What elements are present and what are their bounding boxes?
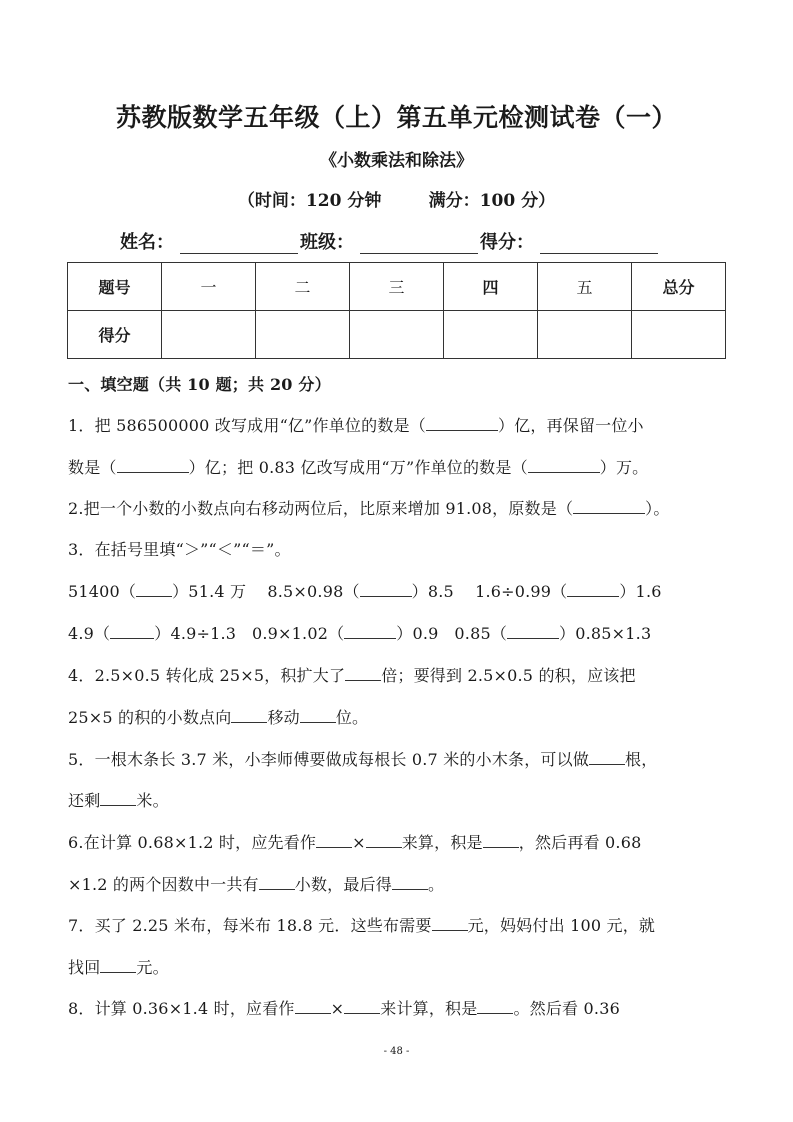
q8-blank-1[interactable]: [295, 999, 331, 1014]
score-cell-5[interactable]: [538, 311, 632, 359]
q3-r1-a-blank[interactable]: [136, 582, 172, 597]
q7-text-b: 元，妈妈付出 100 元，就: [468, 916, 656, 935]
q4-blank-2[interactable]: [231, 708, 267, 723]
q5-text-c: 还剩: [68, 791, 100, 810]
q3-r2-a-right: ）4.9÷1.3: [154, 624, 236, 643]
q4-text-c: 25×5 的积的小数点向: [68, 708, 231, 727]
name-field[interactable]: [180, 233, 298, 254]
q2-text-b: ）。: [645, 499, 669, 518]
q3-r1-b-left: 8.5×0.98（: [267, 582, 359, 601]
q7-blank-1[interactable]: [432, 916, 468, 931]
exam-subtitle: 《小数乘法和除法》: [0, 146, 793, 171]
score-cell-3[interactable]: [350, 311, 444, 359]
row-label-score: 得分: [68, 311, 162, 359]
q3-r1-c-left: 1.6÷0.99（: [475, 582, 567, 601]
q3-r2-c-right: ）0.85×1.3: [559, 624, 651, 643]
q3-r1-a-left: 51400（: [68, 582, 136, 601]
q1-text-d: ）亿；把 0.83 亿改写成用“万”作单位的数是（: [189, 458, 528, 477]
q6-text-e: ×1.2 的两个因数中一共有: [68, 875, 259, 894]
name-label: 姓名：: [120, 228, 174, 254]
question-2: 2.把一个小数的小数点向右移动两位后，比原来增加 91.08，原数是（）。: [68, 496, 670, 519]
q8-text-b: ×: [331, 999, 345, 1018]
q5-text-a: 5．一根木条长 3.7 米，小李师傅要做成每根长 0.7 米的小木条，可以做: [68, 750, 589, 769]
q3-r2-b-blank[interactable]: [344, 624, 396, 639]
q8-blank-3[interactable]: [477, 999, 513, 1014]
question-1-line-1: 1．把 586500000 改写成用“亿”作单位的数是（）亿，再保留一位小: [68, 413, 644, 436]
score-table-header-row: 题号 一 二 三 四 五 总分: [68, 263, 726, 311]
score-table: 题号 一 二 三 四 五 总分 得分: [67, 262, 726, 359]
question-7-line-2: 找回元。: [68, 955, 169, 978]
score-cell-4[interactable]: [444, 311, 538, 359]
header-cell-5: 五: [538, 263, 632, 311]
q4-text-b: 倍；要得到 2.5×0.5 的积，应该把: [381, 666, 635, 685]
q6-text-c: 来算，积是: [402, 833, 483, 852]
score-field[interactable]: [540, 233, 658, 254]
score-table-score-row: 得分: [68, 311, 726, 359]
q6-text-d: ，然后再看 0.68: [519, 833, 642, 852]
question-5-line-2: 还剩米。: [68, 788, 169, 811]
section-heading-fill-in: 一、填空题（共 10 题；共 20 分）: [68, 372, 331, 395]
question-6-line-2: ×1.2 的两个因数中一共有小数，最后得。: [68, 872, 444, 895]
q6-text-f: 小数，最后得: [295, 875, 392, 894]
header-cell-question-number: 题号: [68, 263, 162, 311]
q5-blank-1[interactable]: [589, 750, 625, 765]
q4-blank-1[interactable]: [345, 666, 381, 681]
q6-blank-1[interactable]: [316, 833, 352, 848]
header-cell-2: 二: [256, 263, 350, 311]
q1-text-b: ）亿，再保留一位小: [498, 416, 644, 435]
q6-blank-3[interactable]: [483, 833, 519, 848]
q7-blank-2[interactable]: [100, 958, 136, 973]
q6-text-g: 。: [428, 875, 444, 894]
q8-text-d: 。然后看 0.36: [513, 999, 620, 1018]
q1-text-c: 数是（: [68, 458, 117, 477]
q3-r1-c-right: ）1.6: [619, 582, 661, 601]
q1-text-a: 1．把 586500000 改写成用“亿”作单位的数是（: [68, 416, 426, 435]
class-label: 班级：: [300, 228, 354, 254]
question-5-line-1: 5．一根木条长 3.7 米，小李师傅要做成每根长 0.7 米的小木条，可以做根，: [68, 747, 657, 770]
q1-blank-2[interactable]: [117, 458, 189, 473]
q3-r1-b-blank[interactable]: [360, 582, 412, 597]
question-3: 3．在括号里填“＞”“＜”“＝”。: [68, 537, 291, 560]
question-3-row-2: 4.9（）4.9÷1.3 0.9×1.02（）0.9 0.85（）0.85×1.…: [68, 621, 651, 644]
exam-title: 苏教版数学五年级（上）第五单元检测试卷（一）: [0, 98, 793, 134]
q1-text-e: ）万。: [600, 458, 649, 477]
q3-r1-b-right: ）8.5: [412, 582, 454, 601]
header-cell-1: 一: [162, 263, 256, 311]
q3-r2-b-right: ）0.9: [396, 624, 438, 643]
q4-blank-3[interactable]: [300, 708, 336, 723]
q3-r2-b-left: 0.9×1.02（: [252, 624, 344, 643]
score-cell-1[interactable]: [162, 311, 256, 359]
q7-text-a: 7．买了 2.25 米布，每米布 18.8 元．这些布需要: [68, 916, 432, 935]
q8-blank-2[interactable]: [344, 999, 380, 1014]
score-label: 得分：: [480, 228, 534, 254]
q6-blank-4[interactable]: [259, 875, 295, 890]
q4-text-d: 移动: [267, 708, 299, 727]
score-cell-2[interactable]: [256, 311, 350, 359]
q8-text-a: 8．计算 0.36×1.4 时，应看作: [68, 999, 295, 1018]
class-field[interactable]: [360, 233, 478, 254]
q3-r2-a-blank[interactable]: [110, 624, 154, 639]
question-1-line-2: 数是（）亿；把 0.83 亿改写成用“万”作单位的数是（）万。: [68, 455, 648, 478]
question-3-row-1: 51400（）51.4 万 8.5×0.98（）8.5 1.6÷0.99（）1.…: [68, 579, 662, 602]
q2-blank[interactable]: [573, 499, 645, 514]
question-7-line-1: 7．买了 2.25 米布，每米布 18.8 元．这些布需要元，妈妈付出 100 …: [68, 913, 655, 936]
q1-blank-1[interactable]: [426, 416, 498, 431]
page-number: - 48 -: [0, 1046, 793, 1057]
header-cell-4: 四: [444, 263, 538, 311]
q3-r2-c-left: 0.85（: [454, 624, 507, 643]
question-4-line-2: 25×5 的积的小数点向移动位。: [68, 705, 368, 728]
q6-blank-2[interactable]: [366, 833, 402, 848]
q8-text-c: 来计算，积是: [380, 999, 477, 1018]
q3-r1-c-blank[interactable]: [567, 582, 619, 597]
header-cell-total: 总分: [632, 263, 726, 311]
q3-r2-c-blank[interactable]: [507, 624, 559, 639]
q5-text-d: 米。: [136, 791, 168, 810]
question-6-line-1: 6.在计算 0.68×1.2 时，应先看作×来算，积是，然后再看 0.68: [68, 830, 641, 853]
q5-blank-2[interactable]: [100, 791, 136, 806]
q4-text-a: 4．2.5×0.5 转化成 25×5，积扩大了: [68, 666, 345, 685]
q7-text-c: 找回: [68, 958, 100, 977]
q1-blank-3[interactable]: [528, 458, 600, 473]
q6-blank-5[interactable]: [392, 875, 428, 890]
q5-text-b: 根，: [625, 750, 657, 769]
q6-text-a: 6.在计算 0.68×1.2 时，应先看作: [68, 833, 316, 852]
q7-text-d: 元。: [136, 958, 168, 977]
header-cell-3: 三: [350, 263, 444, 311]
q6-text-b: ×: [352, 833, 366, 852]
student-info-line: 姓名： 班级： 得分：: [120, 228, 660, 254]
time-and-score-info: （时间：120 分钟 满分：100 分）: [0, 186, 793, 211]
q3-r1-a-right: ）51.4 万: [172, 582, 246, 601]
q3-r2-a-left: 4.9（: [68, 624, 110, 643]
score-cell-total[interactable]: [632, 311, 726, 359]
question-4-line-1: 4．2.5×0.5 转化成 25×5，积扩大了倍；要得到 2.5×0.5 的积，…: [68, 663, 636, 686]
q4-text-e: 位。: [336, 708, 368, 727]
question-8-line-1: 8．计算 0.36×1.4 时，应看作×来计算，积是。然后看 0.36: [68, 996, 620, 1019]
q2-text-a: 2.把一个小数的小数点向右移动两位后，比原来增加 91.08，原数是（: [68, 499, 573, 518]
